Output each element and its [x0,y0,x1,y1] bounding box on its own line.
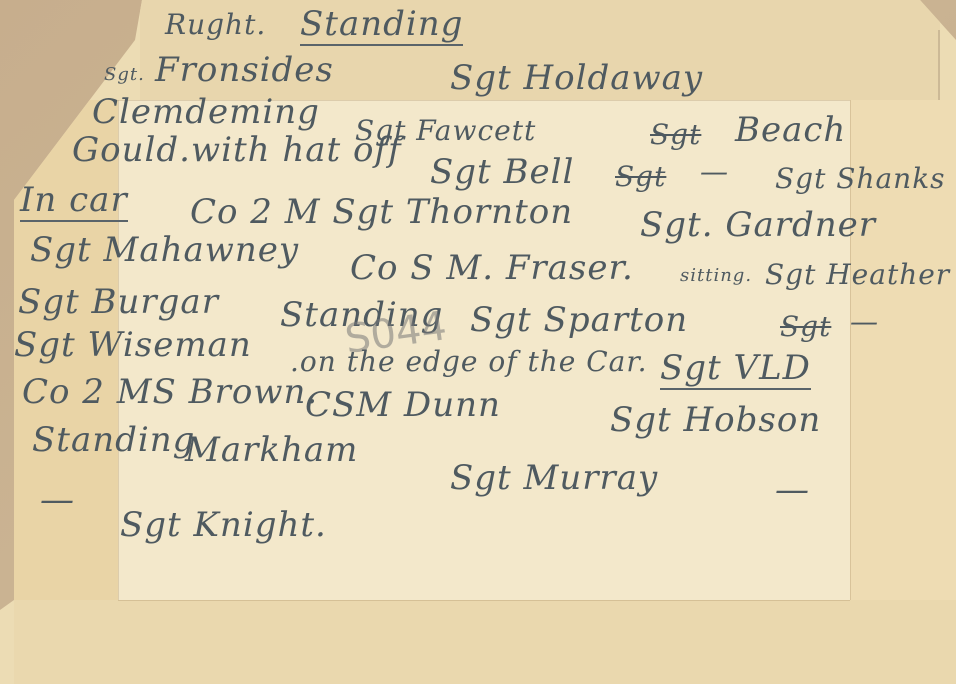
tape-seam [118,600,850,601]
name-entry: Fronsides [155,50,334,90]
corner-fold [938,30,940,100]
posture-note: sitting. [680,265,752,286]
heading-regiment: Rught. [165,8,266,41]
name-entry: Sgt Knight. [120,505,327,545]
name-entry: Sgt VLD [660,348,811,390]
name-entry: Sgt Sparton [470,300,688,340]
name-entry: CSM Dunn [305,385,501,425]
struck-rank: Sgt [615,160,666,193]
name-entry: Beach [735,110,846,150]
tape-strip-bottom [14,600,956,684]
name-entry: Co 2 MS Brown. [22,372,318,412]
name-entry: Sgt. Gardner [640,205,876,245]
struck-rank: Sgt [780,310,831,343]
name-entry: Sgt Wiseman [14,325,252,365]
dash: — [775,470,810,510]
dash: — [850,305,879,338]
dash: — [40,480,75,520]
name-entry: Sgt Hobson [610,400,821,440]
name-entry: Sgt Shanks [775,162,946,195]
location-note: .on the edge of the Car. [290,345,648,378]
posture-note: Standing [32,420,195,460]
name-entry: Sgt Murray [450,458,658,498]
name-entry: Markham [185,430,358,470]
name-entry: Sgt Heather [765,258,950,291]
name-entry: Co S M. Fraser. [350,248,634,288]
heading-standing: Standing [300,4,463,46]
name-entry: Gould.with hat off [72,130,402,170]
name-entry: Sgt Mahawney [30,230,299,270]
name-entry: Sgt Burgar [18,282,219,322]
name-entry: Sgt Bell [430,152,574,192]
rank-abbrev: Sgt. [104,64,145,85]
dash: — [700,155,729,188]
name-entry: Co 2 M Sgt Thornton [190,192,573,232]
struck-rank: Sgt [650,118,701,151]
name-entry: Clemdeming [92,92,320,132]
section-in-car: In car [20,180,128,222]
name-entry: Sgt Holdaway [450,58,703,98]
